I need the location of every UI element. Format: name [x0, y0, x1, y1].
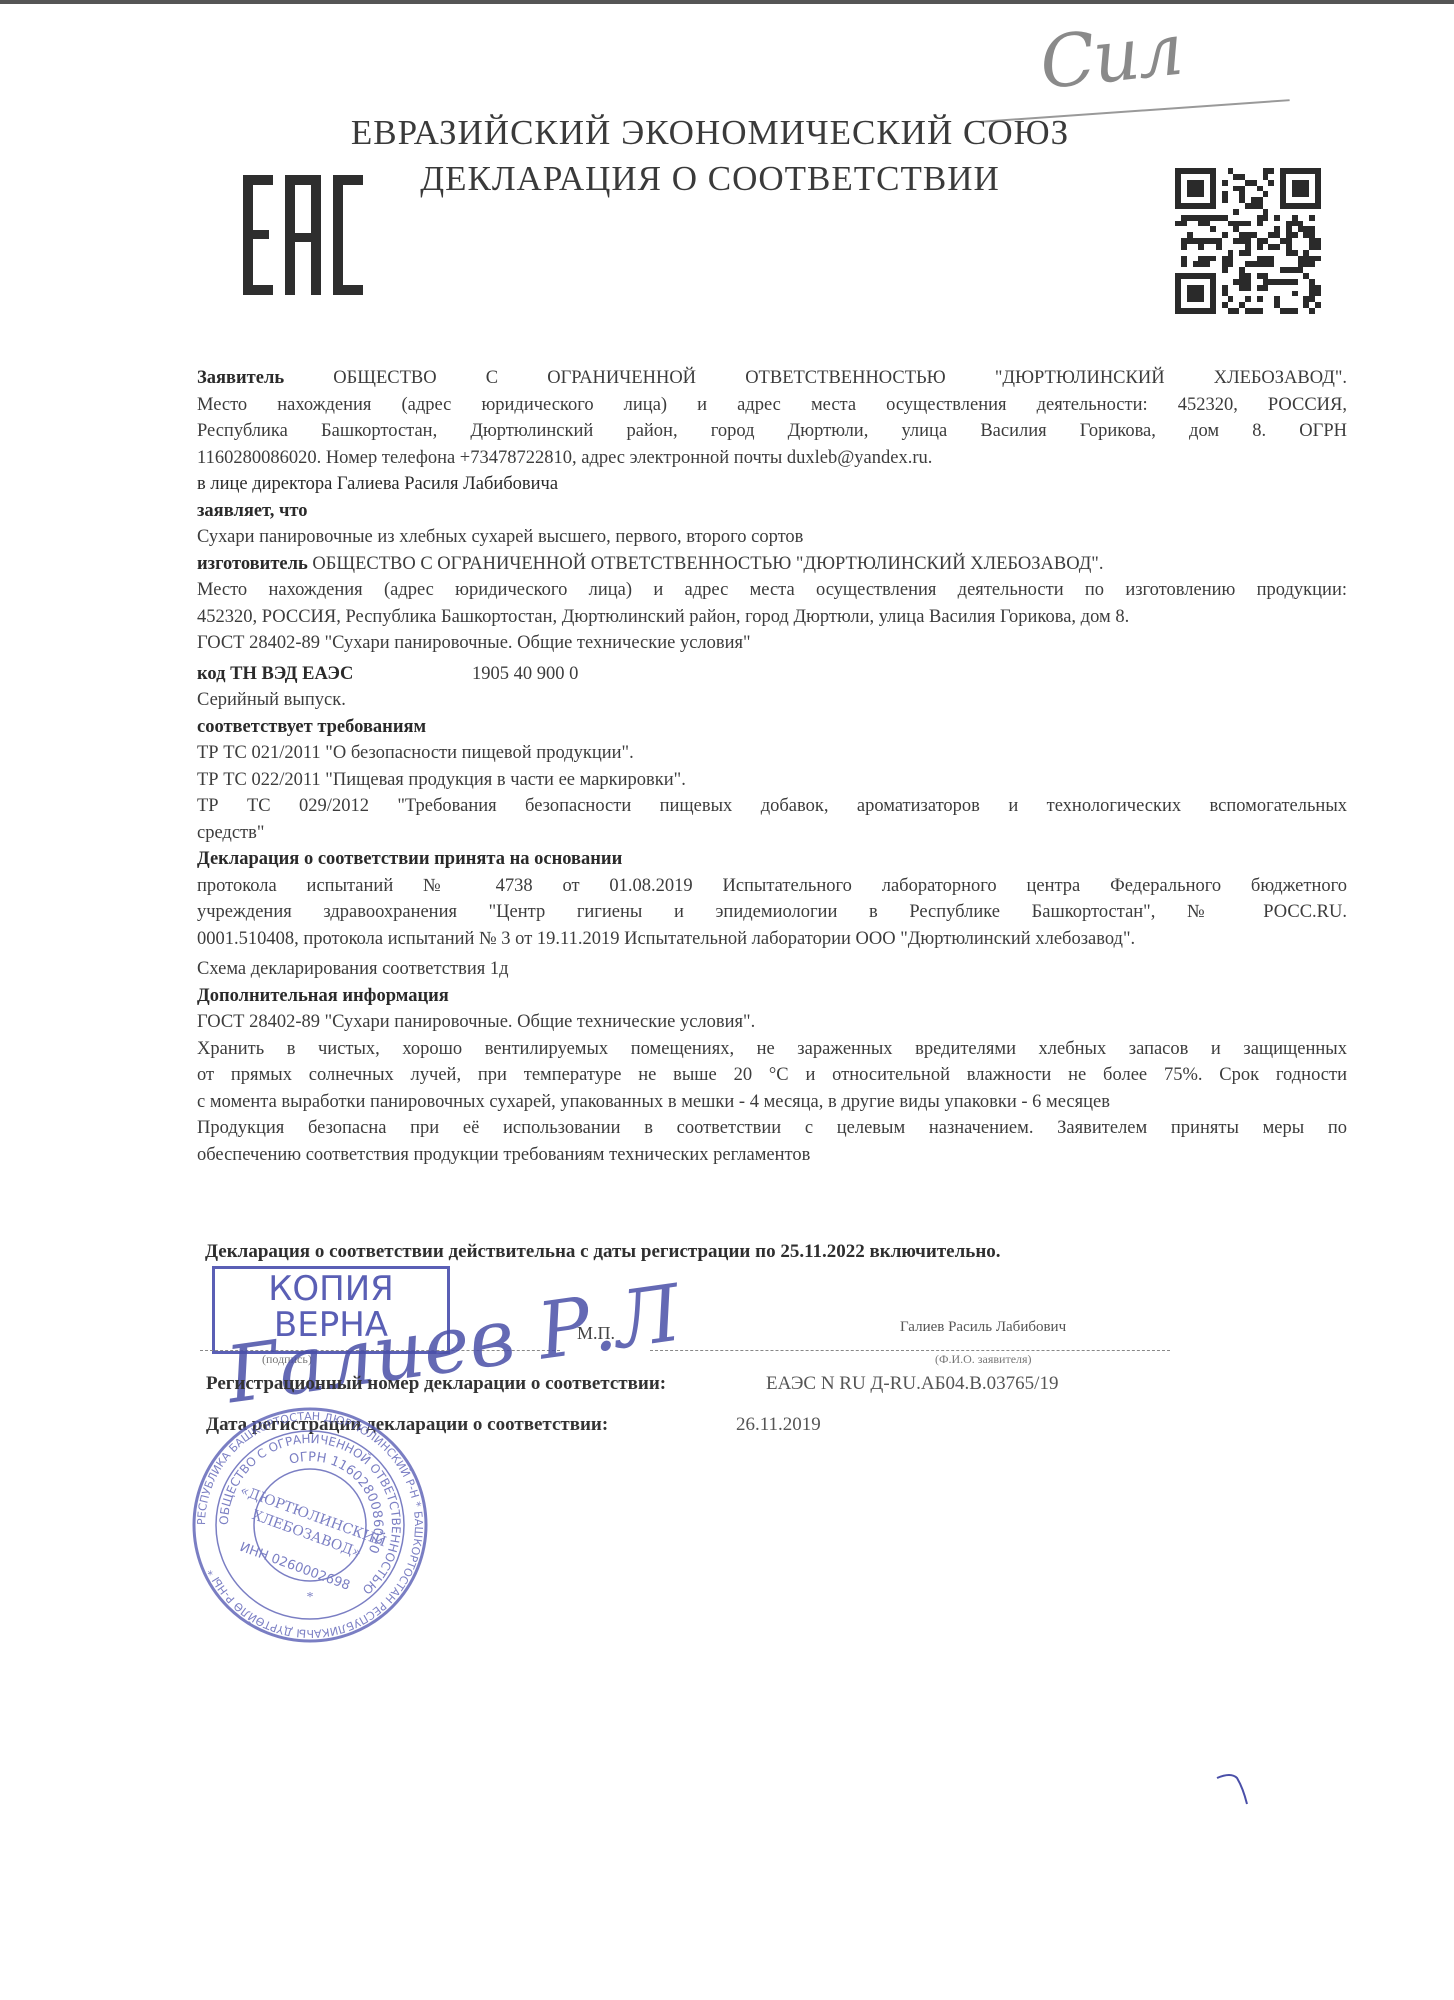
tn-ved-label: код ТН ВЭД ЕАЭС — [197, 661, 472, 688]
applicant-line: Заявитель ОБЩЕСТВО С ОГРАНИЧЕННОЙ ОТВЕТС… — [197, 365, 1347, 392]
requirement-item: ТР ТС 029/2012 "Требования безопасности … — [197, 793, 1347, 820]
registration-number-value: ЕАЭС N RU Д-RU.АБ04.В.03765/19 — [766, 1373, 1058, 1395]
scan-top-edge — [0, 0, 1454, 4]
requirement-item-cont: средств" — [197, 820, 1347, 847]
applicant-address-1: Место нахождения (адрес юридического лиц… — [197, 392, 1347, 419]
manufacturer-address-2: 452320, РОССИЯ, Республика Башкортостан,… — [197, 604, 1347, 631]
applicant-label: Заявитель — [197, 368, 284, 388]
declaration-scheme: Схема декларирования соответствия 1д — [197, 956, 1347, 983]
signer-name: Галиев Расиль Лабибович — [900, 1319, 1066, 1336]
eac-logo-glyph — [243, 175, 363, 295]
eac-mark-icon — [243, 175, 363, 295]
requirements-label: соответствует требованиям — [197, 714, 1347, 741]
declaration-title: ДЕКЛАРАЦИЯ О СООТВЕТСТВИИ — [300, 156, 1120, 202]
pen-stroke-mark — [1215, 1770, 1255, 1820]
declaration-body: Заявитель ОБЩЕСТВО С ОГРАНИЧЕННОЙ ОТВЕТС… — [197, 365, 1347, 1168]
stamp-line-1: КОПИЯ — [215, 1271, 447, 1307]
qr-code-icon — [1175, 168, 1321, 314]
applicant-address-2: Республика Башкортостан, Дюртюлинский ра… — [197, 418, 1347, 445]
basis-line-1: протокола испытаний № 4738 от 01.08.2019… — [197, 873, 1347, 900]
additional-info-label: Дополнительная информация — [197, 983, 1347, 1010]
manufacturer-name: ОБЩЕСТВО С ОГРАНИЧЕННОЙ ОТВЕТСТВЕННОСТЬЮ… — [312, 554, 1103, 574]
tn-ved-row: код ТН ВЭД ЕАЭС1905 40 900 0 — [197, 661, 1347, 688]
validity-statement: Декларация о соответствии действительна … — [205, 1241, 1001, 1263]
requirement-item: ТР ТС 021/2011 "О безопасности пищевой п… — [197, 740, 1347, 767]
declares-label: заявляет, что — [197, 498, 1347, 525]
applicant-name: ОБЩЕСТВО С ОГРАНИЧЕННОЙ ОТВЕТСТВЕННОСТЬЮ… — [333, 368, 1347, 388]
svg-text:*: * — [307, 1590, 314, 1605]
tn-ved-value: 1905 40 900 0 — [472, 661, 578, 688]
serial-release: Серийный выпуск. — [197, 687, 1347, 714]
signer-name-line — [650, 1350, 1170, 1351]
manufacturer-standard: ГОСТ 28402-89 "Сухари панировочные. Общи… — [197, 630, 1347, 657]
registration-number-row: Регистрационный номер декларации о соотв… — [206, 1373, 1058, 1395]
registration-date-value: 26.11.2019 — [736, 1414, 821, 1436]
product-name: Сухари панировочные из хлебных сухарей в… — [197, 524, 1347, 551]
applicant-address-3: 1160280086020. Номер телефона +734787228… — [197, 445, 1347, 472]
manufacturer-address-1: Место нахождения (адрес юридического лиц… — [197, 577, 1347, 604]
storage-line-2: от прямых солнечных лучей, при температу… — [197, 1062, 1347, 1089]
manufacturer-line: изготовитель ОБЩЕСТВО С ОГРАНИЧЕННОЙ ОТВ… — [197, 551, 1347, 578]
safety-line-1: Продукция безопасна при её использовании… — [197, 1115, 1347, 1142]
handwritten-mark: Сил — [1036, 7, 1185, 105]
additional-info-standard: ГОСТ 28402-89 "Сухари панировочные. Общи… — [197, 1009, 1347, 1036]
basis-line-2: учреждения здравоохранения "Центр гигиен… — [197, 899, 1347, 926]
registration-number-label: Регистрационный номер декларации о соотв… — [206, 1373, 766, 1395]
document-header: ЕВРАЗИЙСКИЙ ЭКОНОМИЧЕСКИЙ СОЮЗ ДЕКЛАРАЦИ… — [300, 110, 1120, 202]
safety-line-2: обеспечению соответствия продукции требо… — [197, 1142, 1347, 1169]
storage-line-3: с момента выработки панировочных сухарей… — [197, 1089, 1347, 1116]
represented-by: в лице директора Галиева Расиля Лабибови… — [197, 471, 1347, 498]
basis-label: Декларация о соответствии принята на осн… — [197, 846, 1347, 873]
manufacturer-label: изготовитель — [197, 554, 308, 574]
signer-caption: (Ф.И.О. заявителя) — [935, 1352, 1032, 1367]
union-title: ЕВРАЗИЙСКИЙ ЭКОНОМИЧЕСКИЙ СОЮЗ — [300, 110, 1120, 156]
storage-line-1: Хранить в чистых, хорошо вентилируемых п… — [197, 1036, 1347, 1063]
requirement-item: ТР ТС 022/2011 "Пищевая продукция в част… — [197, 767, 1347, 794]
company-seal-icon: РЕСПУБЛИКА БАШКОРТОСТАН ДЮРТЮЛИНСКИЙ Р-Н… — [190, 1405, 430, 1645]
basis-line-3: 0001.510408, протокола испытаний № 3 от … — [197, 926, 1347, 953]
